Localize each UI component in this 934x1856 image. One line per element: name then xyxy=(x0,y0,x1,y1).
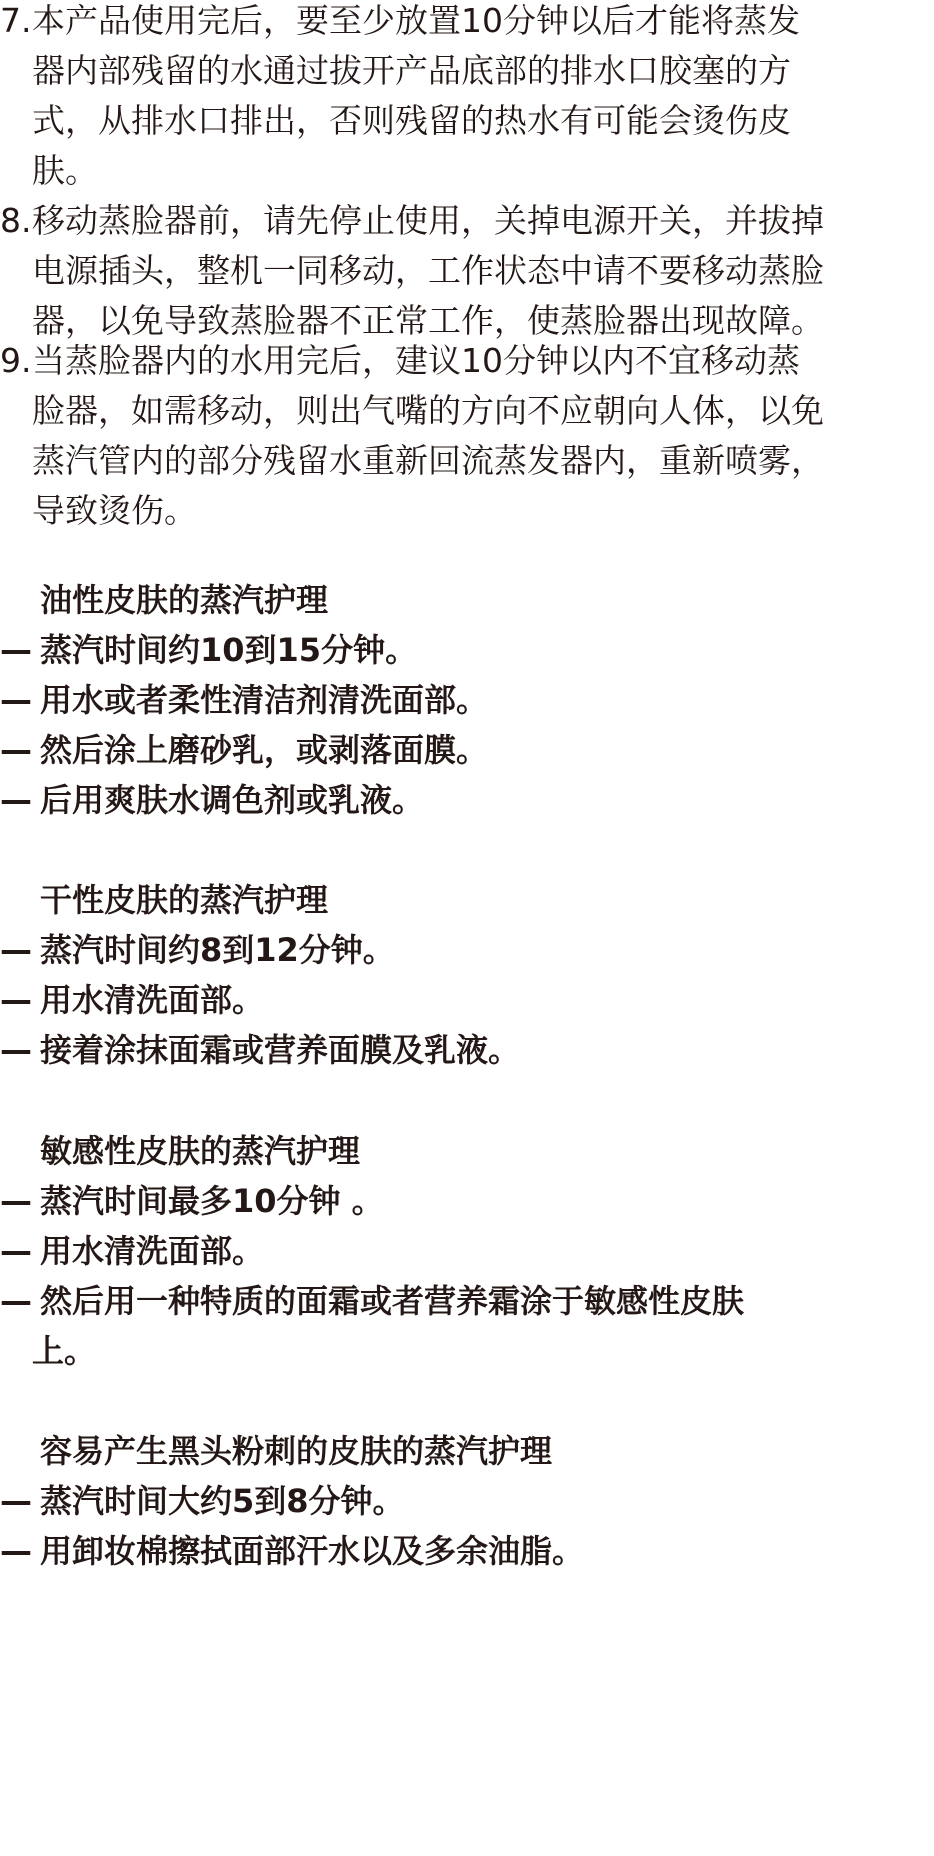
dash-bullet-icon: — xyxy=(0,725,40,775)
step-item: —蒸汽时间大约5到8分钟。 xyxy=(0,1476,934,1526)
step-text: 蒸汽时间最多10分钟 。 xyxy=(40,1182,384,1220)
note-line: 导致烫伤。 xyxy=(0,486,934,536)
note-number: 8. xyxy=(0,196,34,246)
note-8: 8. 移动蒸脸器前，请先停止使用，关掉电源开关，并拔掉 电源插头，整机一同移动，… xyxy=(0,196,934,346)
dash-bullet-icon: — xyxy=(0,1526,40,1576)
dash-bullet-icon: — xyxy=(0,675,40,725)
section-dry-skin: 干性皮肤的蒸汽护理 —蒸汽时间约8到12分钟。 —用水清洗面部。 —接着涂抹面霜… xyxy=(0,875,934,1075)
dash-bullet-icon: — xyxy=(0,1025,40,1075)
section-sensitive-skin: 敏感性皮肤的蒸汽护理 —蒸汽时间最多10分钟 。 —用水清洗面部。 —然后用一种… xyxy=(0,1126,934,1376)
note-line: 移动蒸脸器前，请先停止使用，关掉电源开关，并拔掉 xyxy=(0,196,934,246)
section-heading: 干性皮肤的蒸汽护理 xyxy=(0,875,934,925)
dash-bullet-icon: — xyxy=(0,775,40,825)
step-text: 蒸汽时间大约5到8分钟。 xyxy=(40,1482,405,1520)
step-text: 用卸妆棉擦拭面部汗水以及多余油脂。 xyxy=(40,1532,584,1570)
note-number: 9. xyxy=(0,336,34,386)
dash-bullet-icon: — xyxy=(0,625,40,675)
section-blackhead-prone-skin: 容易产生黑头粉刺的皮肤的蒸汽护理 —蒸汽时间大约5到8分钟。 —用卸妆棉擦拭面部… xyxy=(0,1426,934,1576)
note-7: 7. 本产品使用完后，要至少放置10分钟以后才能将蒸发 器内部残留的水通过拔开产… xyxy=(0,0,934,196)
note-number: 7. xyxy=(0,0,34,46)
step-item: —用水清洗面部。 xyxy=(0,1226,934,1276)
section-heading: 敏感性皮肤的蒸汽护理 xyxy=(0,1126,934,1176)
note-line: 脸器，如需移动，则出气嘴的方向不应朝向人体，以免 xyxy=(0,386,934,436)
step-item: —用水清洗面部。 xyxy=(0,975,934,1025)
step-item: —后用爽肤水调色剂或乳液。 xyxy=(0,775,934,825)
note-line: 本产品使用完后，要至少放置10分钟以后才能将蒸发 xyxy=(0,0,934,46)
step-item: —然后用一种特质的面霜或者营养霜涂于敏感性皮肤上。 xyxy=(0,1276,934,1376)
step-item: —蒸汽时间约10到15分钟。 xyxy=(0,625,934,675)
note-line: 式，从排水口排出，否则残留的热水有可能会烫伤皮 xyxy=(0,96,934,146)
dash-bullet-icon: — xyxy=(0,975,40,1025)
dash-bullet-icon: — xyxy=(0,925,40,975)
step-text: 用水或者柔性清洁剂清洗面部。 xyxy=(40,681,488,719)
step-text: 用水清洗面部。 xyxy=(40,1232,264,1270)
section-oily-skin: 油性皮肤的蒸汽护理 —蒸汽时间约10到15分钟。 —用水或者柔性清洁剂清洗面部。… xyxy=(0,575,934,825)
section-heading: 容易产生黑头粉刺的皮肤的蒸汽护理 xyxy=(0,1426,934,1476)
step-text: 用水清洗面部。 xyxy=(40,981,264,1019)
step-item: —用卸妆棉擦拭面部汗水以及多余油脂。 xyxy=(0,1526,934,1576)
step-item: —接着涂抹面霜或营养面膜及乳液。 xyxy=(0,1025,934,1075)
note-line: 电源插头，整机一同移动，工作状态中请不要移动蒸脸 xyxy=(0,246,934,296)
step-text: 蒸汽时间约8到12分钟。 xyxy=(40,931,395,969)
note-line: 蒸汽管内的部分残留水重新回流蒸发器内，重新喷雾， xyxy=(0,436,934,486)
step-item: —用水或者柔性清洁剂清洗面部。 xyxy=(0,675,934,725)
step-text: 后用爽肤水调色剂或乳液。 xyxy=(40,781,424,819)
note-line: 肤。 xyxy=(0,146,934,196)
step-text: 然后涂上磨砂乳，或剥落面膜。 xyxy=(40,731,488,769)
step-text: 蒸汽时间约10到15分钟。 xyxy=(40,631,417,669)
step-item: —然后涂上磨砂乳，或剥落面膜。 xyxy=(0,725,934,775)
dash-bullet-icon: — xyxy=(0,1226,40,1276)
step-item: —蒸汽时间约8到12分钟。 xyxy=(0,925,934,975)
note-9: 9. 当蒸脸器内的水用完后，建议10分钟以内不宜移动蒸 脸器，如需移动，则出气嘴… xyxy=(0,336,934,536)
step-text: 然后用一种特质的面霜或者营养霜涂于敏感性皮肤 xyxy=(40,1282,744,1320)
step-text-continued: 上。 xyxy=(0,1326,934,1376)
dash-bullet-icon: — xyxy=(0,1476,40,1526)
dash-bullet-icon: — xyxy=(0,1276,40,1326)
dash-bullet-icon: — xyxy=(0,1176,40,1226)
note-line: 器内部残留的水通过拔开产品底部的排水口胶塞的方 xyxy=(0,46,934,96)
step-item: —蒸汽时间最多10分钟 。 xyxy=(0,1176,934,1226)
section-heading: 油性皮肤的蒸汽护理 xyxy=(0,575,934,625)
step-text: 接着涂抹面霜或营养面膜及乳液。 xyxy=(40,1031,520,1069)
note-line: 当蒸脸器内的水用完后，建议10分钟以内不宜移动蒸 xyxy=(0,336,934,386)
